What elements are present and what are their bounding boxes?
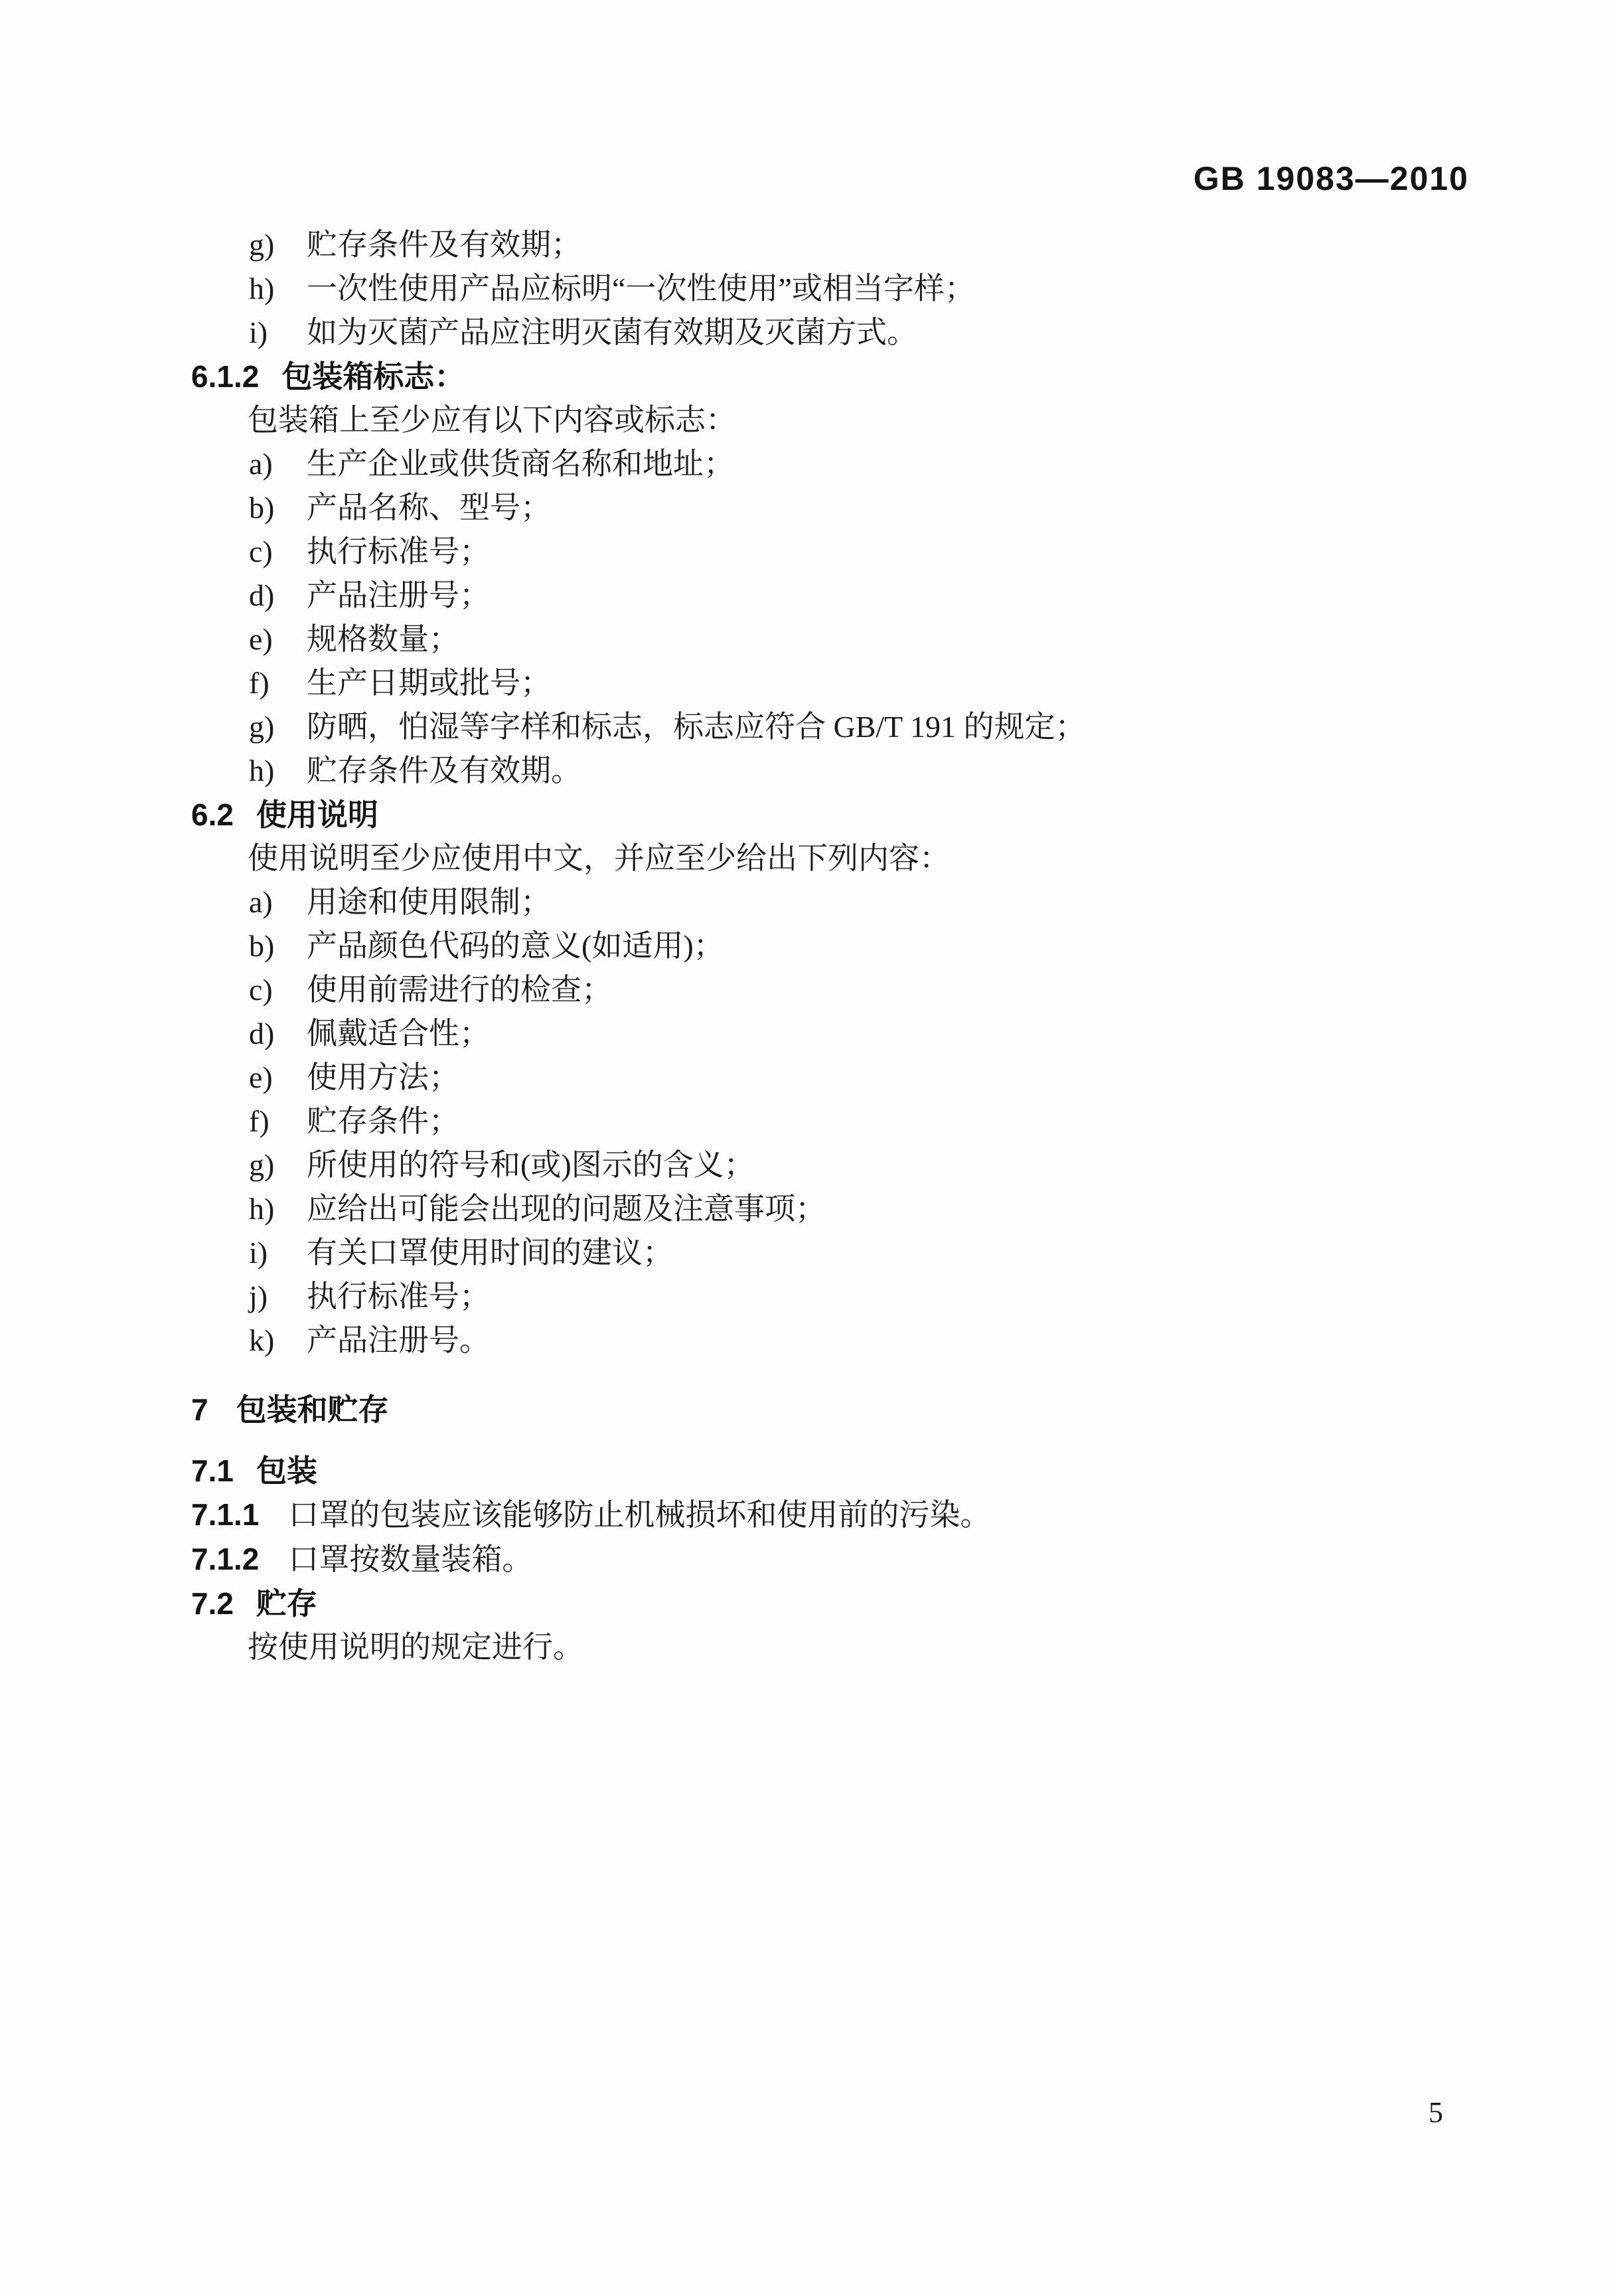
list-marker: e) (249, 617, 307, 661)
list-marker: k) (249, 1319, 307, 1362)
list-item: f)生产日期或批号； (0, 661, 1615, 705)
list-text: 贮存条件； (307, 1104, 459, 1138)
chapter-heading: 7包装和贮存 (0, 1388, 1615, 1432)
list-item: g)贮存条件及有效期； (0, 223, 1615, 267)
list-item: a)生产企业或供货商名称和地址； (0, 442, 1615, 486)
list-marker: j) (249, 1275, 307, 1319)
list-text: 规格数量； (307, 622, 459, 656)
list-item: e)使用方法； (0, 1056, 1615, 1100)
clause-title: 使用说明 (256, 797, 378, 832)
list-text: 用途和使用限制； (307, 885, 551, 919)
list-item: c)使用前需进行的检查； (0, 968, 1615, 1012)
clause-title: 包装箱标志： (281, 359, 465, 394)
list-text: 使用前需进行的检查； (307, 973, 612, 1007)
list-marker: i) (249, 1231, 307, 1275)
list-marker: f) (249, 1100, 307, 1143)
clause-body-text: 口罩按数量装箱。 (288, 1542, 532, 1576)
list-text: 防晒，怕湿等字样和标志，标志应符合 GB/T 191 的规定； (307, 710, 1085, 744)
paragraph: 按使用说明的规定进行。 (0, 1625, 1615, 1669)
list-marker: a) (249, 442, 307, 486)
list-marker: b) (249, 924, 307, 968)
list-marker: g) (249, 705, 307, 749)
clause-heading: 6.2使用说明 (0, 793, 1615, 837)
list-item: h)应给出可能会出现的问题及注意事项； (0, 1187, 1615, 1231)
list-item: b)产品名称、型号； (0, 486, 1615, 530)
clause-number: 7.1.2 (191, 1542, 259, 1576)
list-text: 产品名称、型号； (307, 491, 551, 525)
list-item: i)如为灭菌产品应注明灭菌有效期及灭菌方式。 (0, 311, 1615, 355)
clause-number: 6.2 (191, 797, 234, 832)
list-item: d)产品注册号； (0, 574, 1615, 617)
list-item: b)产品颜色代码的意义(如适用)； (0, 924, 1615, 968)
clause-title: 包装 (256, 1453, 317, 1488)
clause-body-text: 口罩的包装应该能够防止机械损坏和使用前的污染。 (288, 1498, 990, 1532)
paragraph: 包装箱上至少应有以下内容或标志： (0, 398, 1615, 442)
list-text: 产品注册号； (307, 578, 490, 612)
clause-heading: 7.2贮存 (0, 1582, 1615, 1625)
list-text: 一次性使用产品应标明“一次性使用”或相当字样； (307, 272, 975, 305)
list-marker: c) (249, 968, 307, 1012)
list-text: 有关口罩使用时间的建议； (307, 1236, 673, 1270)
list-text: 执行标准号； (307, 1279, 490, 1313)
list-text: 产品颜色代码的意义(如适用)； (307, 929, 724, 963)
document-page: GB 19083—2010 g)贮存条件及有效期； h)一次性使用产品应标明“一… (0, 0, 1615, 2296)
list-item: k)产品注册号。 (0, 1319, 1615, 1362)
clause-number: 7.1.1 (191, 1497, 259, 1532)
list-item: c)执行标准号； (0, 530, 1615, 574)
list-item: h)贮存条件及有效期。 (0, 749, 1615, 793)
list-item: d)佩戴适合性； (0, 1012, 1615, 1056)
clause-heading: 6.1.2包装箱标志： (0, 355, 1615, 398)
list-text: 所使用的符号和(或)图示的含义； (307, 1148, 755, 1182)
list-text: 产品注册号。 (307, 1323, 490, 1357)
clause-heading: 7.1包装 (0, 1449, 1615, 1493)
paragraph: 使用说明至少应使用中文，并应至少给出下列内容： (0, 837, 1615, 880)
list-marker: c) (249, 530, 307, 574)
page-number: 5 (1428, 2095, 1443, 2129)
list-marker: g) (249, 1143, 307, 1187)
list-marker: d) (249, 574, 307, 617)
list-text: 应给出可能会出现的问题及注意事项； (307, 1192, 826, 1226)
list-text: 如为灭菌产品应注明灭菌有效期及灭菌方式。 (307, 315, 917, 349)
list-marker: h) (249, 267, 307, 311)
list-item: g)防晒，怕湿等字样和标志，标志应符合 GB/T 191 的规定； (0, 705, 1615, 749)
clause-title: 贮存 (256, 1586, 317, 1621)
list-marker: h) (249, 1187, 307, 1231)
list-item: a)用途和使用限制； (0, 880, 1615, 924)
list-text: 佩戴适合性； (307, 1017, 490, 1050)
list-marker: a) (249, 880, 307, 924)
chapter-title: 包装和贮存 (236, 1392, 389, 1427)
list-marker: e) (249, 1056, 307, 1100)
list-marker: d) (249, 1012, 307, 1056)
clause-with-text: 7.1.1口罩的包装应该能够防止机械损坏和使用前的污染。 (0, 1493, 1615, 1537)
list-marker: h) (249, 749, 307, 793)
list-item: h)一次性使用产品应标明“一次性使用”或相当字样； (0, 267, 1615, 311)
list-marker: i) (249, 311, 307, 355)
list-text: 生产日期或批号； (307, 666, 551, 700)
clause-with-text: 7.1.2口罩按数量装箱。 (0, 1537, 1615, 1582)
page-content: g)贮存条件及有效期； h)一次性使用产品应标明“一次性使用”或相当字样； i)… (0, 223, 1615, 1669)
list-item: f)贮存条件； (0, 1100, 1615, 1143)
list-item: j)执行标准号； (0, 1275, 1615, 1319)
chapter-number: 7 (191, 1392, 208, 1427)
list-text: 贮存条件及有效期。 (307, 754, 581, 787)
list-text: 执行标准号； (307, 534, 490, 568)
clause-number: 7.1 (191, 1453, 234, 1488)
list-text: 贮存条件及有效期； (307, 228, 581, 262)
list-item: e)规格数量； (0, 617, 1615, 661)
list-marker: b) (249, 486, 307, 530)
list-item: g)所使用的符号和(或)图示的含义； (0, 1143, 1615, 1187)
list-item: i)有关口罩使用时间的建议； (0, 1231, 1615, 1275)
list-marker: g) (249, 223, 307, 267)
list-marker: f) (249, 661, 307, 705)
clause-number: 7.2 (191, 1586, 234, 1621)
standard-number: GB 19083—2010 (0, 159, 1469, 198)
clause-number: 6.1.2 (191, 359, 259, 394)
list-text: 生产企业或供货商名称和地址； (307, 447, 734, 481)
list-text: 使用方法； (307, 1060, 459, 1094)
